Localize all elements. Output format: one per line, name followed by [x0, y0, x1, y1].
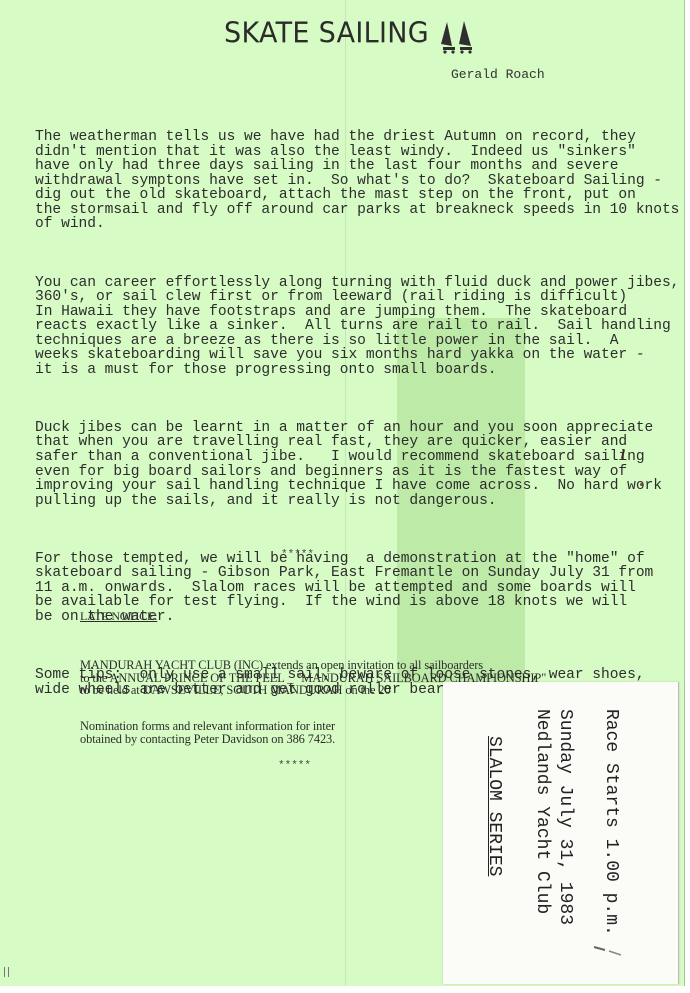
slalom-series-sticker: SLALOM SERIES Nedlands Yacht Club Sunday… — [443, 682, 679, 984]
article-body: The weatherman tells us we have had the … — [35, 101, 675, 741]
late-notice-heading: LATE NOTICE: — [80, 609, 157, 624]
paragraph: Duck jibes can be learnt in a matter of … — [35, 421, 675, 508]
sticker-line: Sunday July 31, 1983 — [555, 709, 575, 925]
paragraph: The weatherman tells us we have had the … — [35, 130, 675, 232]
sticker-rotated-text: SLALOM SERIES Nedlands Yacht Club Sunday… — [443, 682, 678, 984]
section-separator: ***** — [281, 549, 314, 561]
sticker-line: Race Starts 1.00 p.m. — [601, 709, 621, 936]
sticker-line: Nedlands Yacht Club — [532, 709, 552, 914]
paper-speck — [640, 483, 643, 486]
late-notice-separator: ***** — [278, 760, 311, 772]
late-notice-paragraph-2: Nomination forms and relevant informatio… — [80, 720, 335, 745]
staple-icon — [593, 945, 623, 957]
article-author: Gerald Roach — [451, 67, 545, 82]
sticker-heading: SLALOM SERIES — [484, 736, 504, 876]
twin-windsurf-sails-icon — [438, 20, 482, 60]
edge-mark — [4, 967, 9, 977]
article-title: SKATE SAILING — [224, 17, 429, 50]
paragraph: You can career effortlessly along turnin… — [35, 276, 675, 378]
